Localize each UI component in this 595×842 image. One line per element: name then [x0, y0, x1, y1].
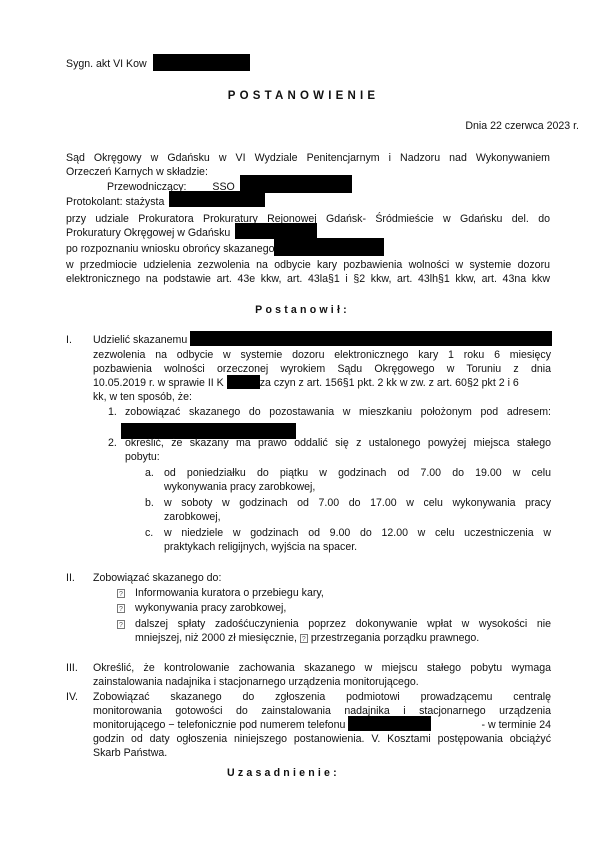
bullet-symbol-icon: ? — [300, 634, 308, 643]
section-i-line-2: zezwolenia na odbycie w systemie dozoru … — [93, 348, 551, 363]
bullet-3-line-2: mniejszej, niż 2000 zł miesięcznie, ? pr… — [135, 631, 479, 646]
section-iv-line-4: godzin od daty ogłoszenia niniejszego po… — [93, 732, 551, 747]
subitem-a-letter: a. — [145, 466, 154, 481]
subitem-b-line-2: zarobkowej, — [164, 510, 221, 525]
section-i-line-4: 10.05.2019 r. w sprawie II K za czyn z a… — [93, 376, 519, 391]
section-iv-numeral: IV. — [66, 690, 78, 705]
bullet-2: ? — [117, 601, 125, 616]
section-i-line-1: Udzielić skazanemu — [93, 333, 552, 348]
motion-line: po rozpoznaniu wniosku obrońcy skazanego — [66, 242, 384, 257]
redacted-convict-full-name — [190, 331, 552, 346]
section-iv-line-1: Zobowiązać skazanego do zgłoszenia podmi… — [93, 690, 551, 705]
item-2-line-1: określić, że skazany ma prawo oddalić si… — [125, 436, 551, 451]
section-ii-numeral: II. — [66, 571, 75, 586]
redacted-phone-number — [348, 716, 431, 731]
subitem-c-letter: c. — [145, 526, 153, 541]
redacted-case-ref — [227, 375, 260, 389]
subitem-c-line-2: praktykach religijnych, wyjścia na space… — [164, 540, 357, 555]
redacted-clerk-name — [169, 191, 265, 207]
bullet-1: ? — [117, 586, 125, 601]
section-iv-line-3-end: - w terminie 24 — [482, 718, 551, 733]
redacted-prosecutor-name — [235, 223, 317, 239]
section-iii-numeral: III. — [66, 661, 78, 676]
subitem-a-line-1: od poniedziałku do piątku w godzinach od… — [164, 466, 551, 481]
section-i-line-3: pozbawienia wolności orzeczonej wyrokiem… — [93, 362, 551, 377]
bullet-3-text: dalszej spłaty zadośćuczynienia poprzez … — [135, 617, 551, 632]
section-i-line-5: kk, w ten sposób, że: — [93, 390, 192, 405]
document-date: Dnia 22 czerwca 2023 r. — [465, 119, 579, 134]
subject-line-2: elektronicznego na podstawie art. 43e kk… — [66, 272, 550, 287]
section-iv-line-5: Skarb Państwa. — [93, 746, 167, 761]
court-line-1: Sąd Okręgowy w Gdańsku w VI Wydziale Pen… — [66, 151, 550, 166]
document-title: POSTANOWIENIE — [0, 89, 595, 104]
section-iii-line-1: Określić, że kontrolowanie zachowania sk… — [93, 661, 551, 676]
signature-label: Sygn. akt VI Kow — [66, 58, 147, 70]
bullet-3: ? — [117, 617, 125, 632]
bullet-symbol-icon: ? — [117, 604, 125, 613]
clerk-label: Protokolant: stażysta — [66, 196, 164, 208]
subject-line-1: w przedmiocie udzielenia zezwolenia na o… — [66, 258, 550, 273]
section-iii-line-2: zainstalowania nadajnika i stacjonarnego… — [93, 675, 419, 690]
subitem-c-line-1: w niedziele w godzinach od 9.00 do 12.00… — [164, 526, 551, 541]
item-1-num: 1. — [108, 405, 117, 420]
subitem-b-line-1: w soboty w godzinach od 7.00 do 17.00 w … — [164, 496, 551, 511]
redacted-convict-name — [274, 238, 384, 256]
item-1-line-1: zobowiązać skazanego do pozostawania w m… — [125, 405, 551, 420]
court-line-2: Orzeczeń Karnych w składzie: — [66, 165, 208, 180]
section-iv-line-2: monitorowania gotowości do zainstalowani… — [93, 704, 551, 719]
bullet-symbol-icon: ? — [117, 620, 125, 629]
bullet-symbol-icon: ? — [117, 589, 125, 598]
item-2-num: 2. — [108, 436, 117, 451]
item-2-line-2: pobytu: — [125, 450, 160, 465]
justification-heading: Uzasadnienie: — [227, 766, 340, 781]
subitem-a-line-2: wykonywania pracy zarobkowej, — [164, 480, 315, 495]
bullet-2-text: wykonywania pracy zarobkowej, — [135, 601, 286, 616]
section-ii-line-1: Zobowiązać skazanego do: — [93, 571, 221, 586]
section-i-numeral: I. — [66, 333, 72, 348]
decision-heading: Postanowił: — [0, 303, 595, 318]
redacted-case-number — [153, 54, 250, 71]
section-iv-line-3: monitorującego − telefonicznie pod numer… — [93, 718, 431, 733]
bullet-1-text: Informowania kuratora o przebiegu kary, — [135, 586, 324, 601]
signature-line: Sygn. akt VI Kow — [66, 57, 250, 72]
clerk-line: Protokolant: stażysta — [66, 195, 265, 210]
subitem-b-letter: b. — [145, 496, 154, 511]
